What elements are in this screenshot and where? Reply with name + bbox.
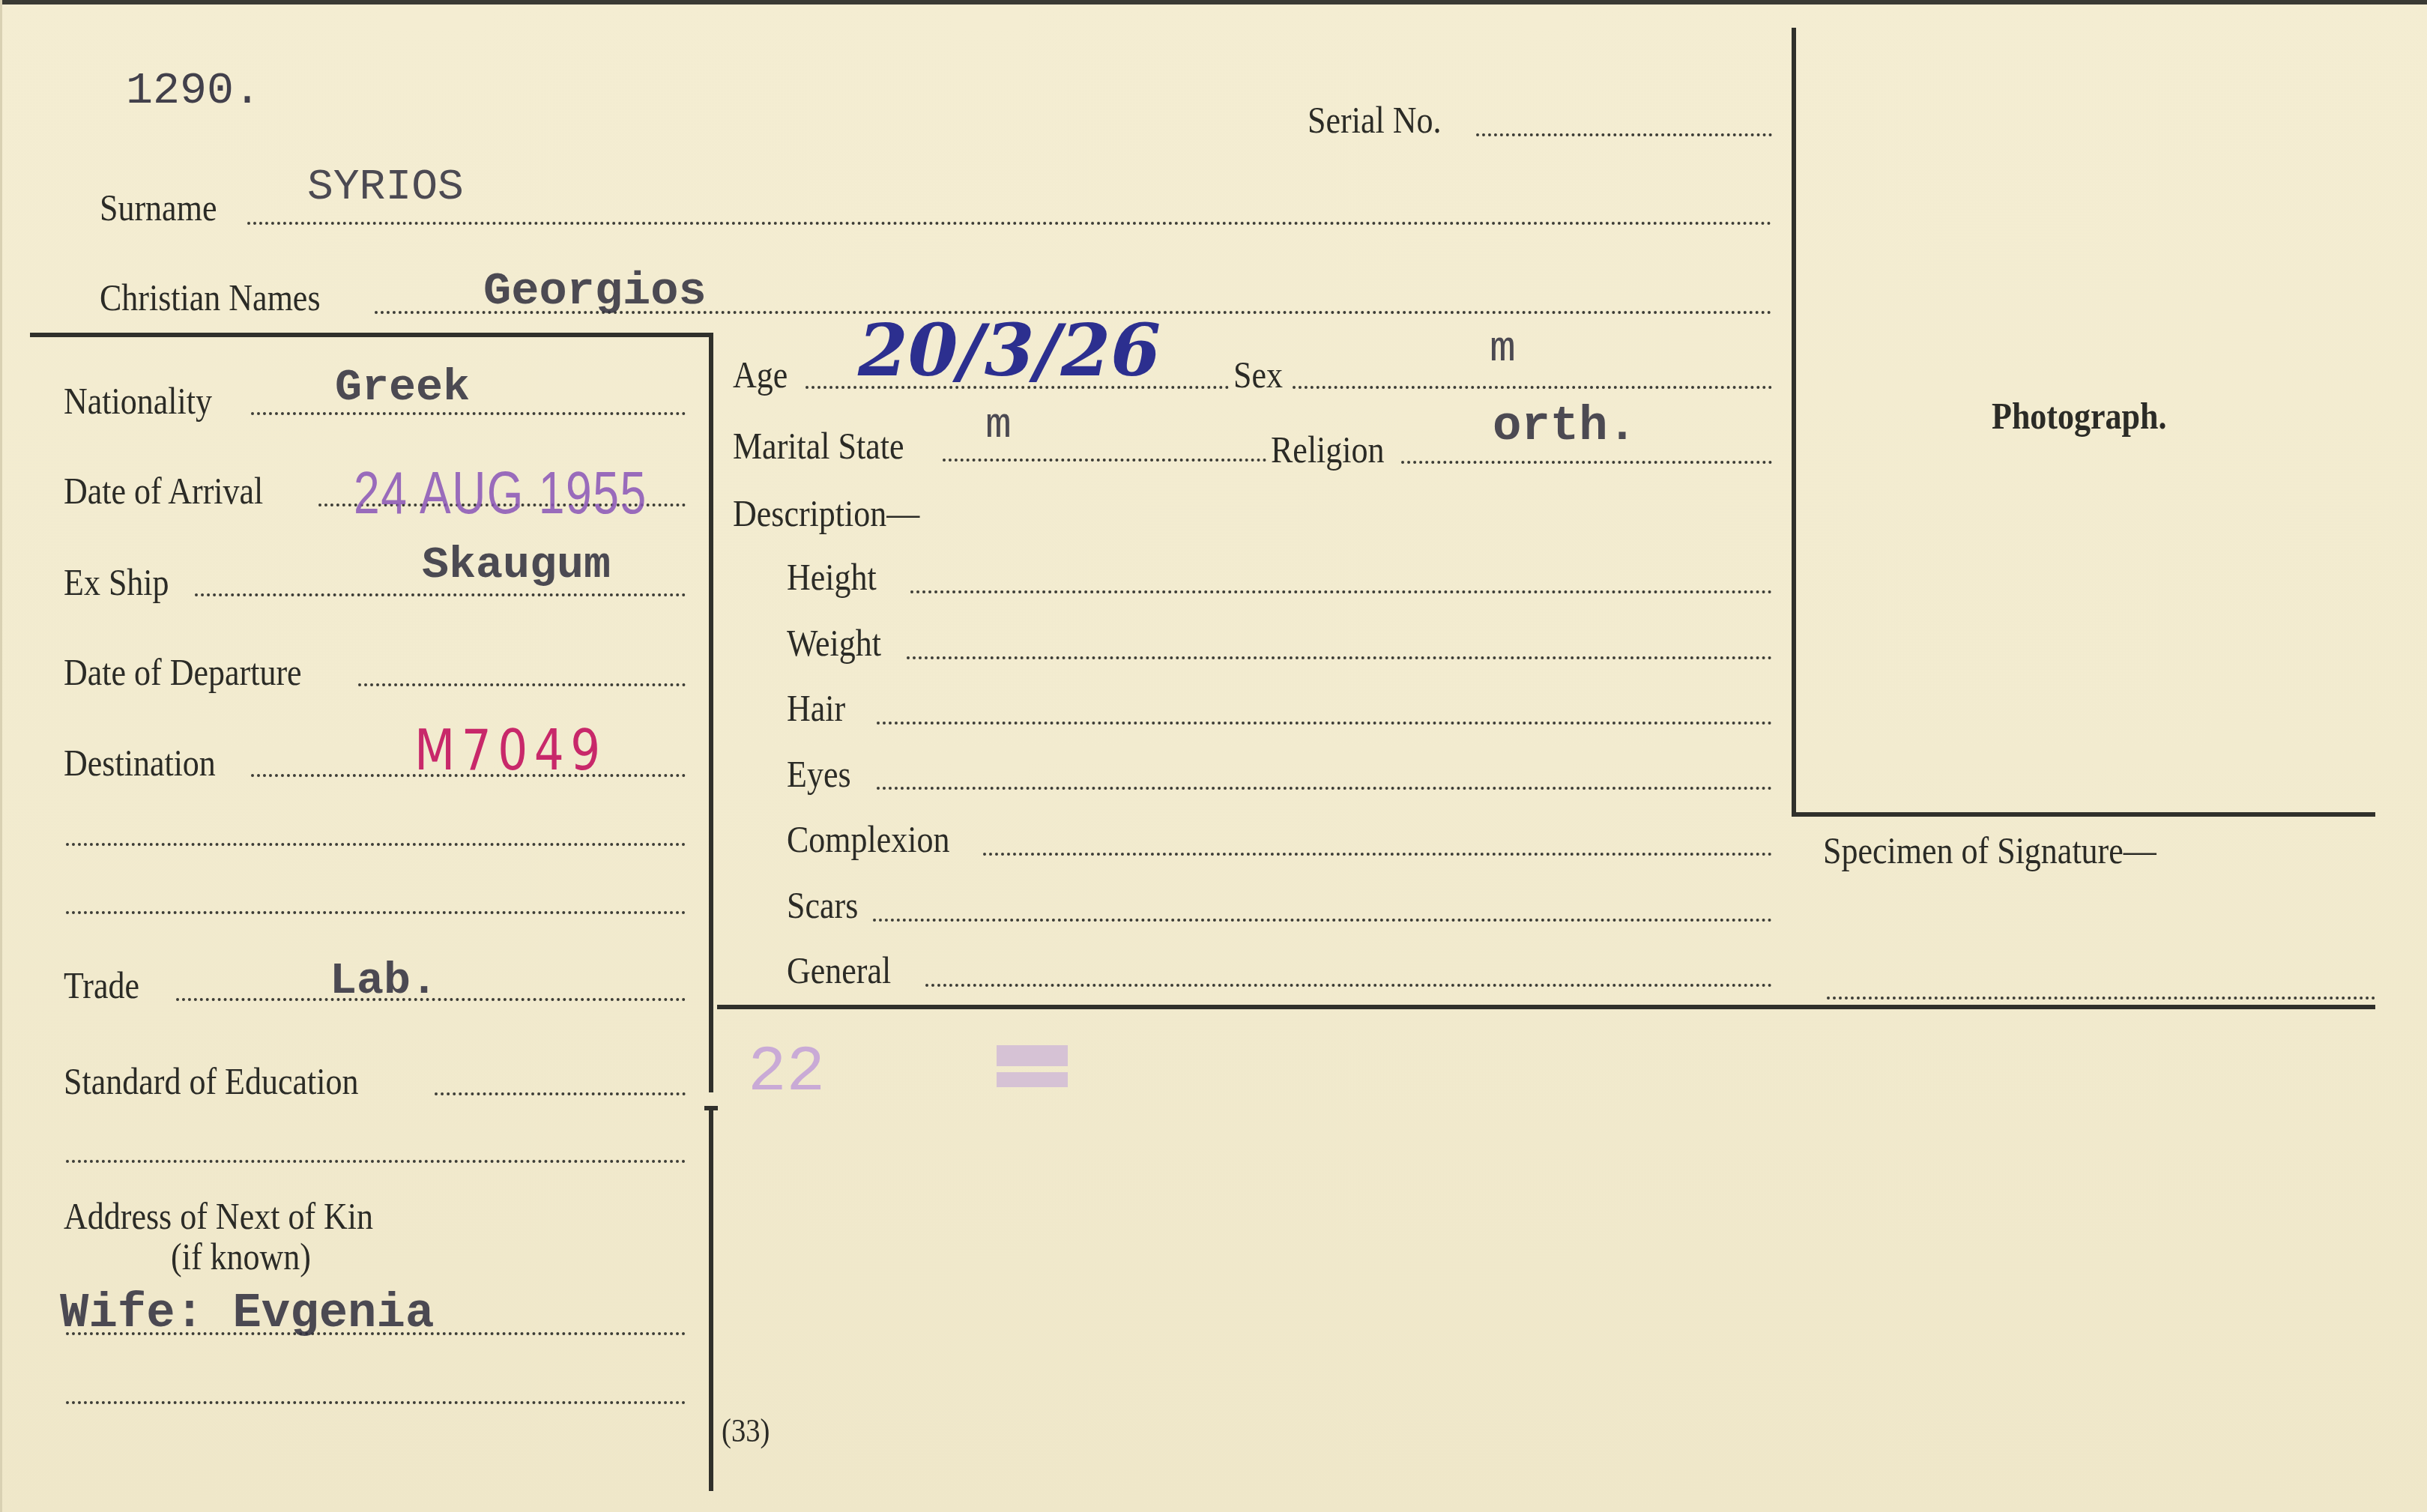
- trade-label: Trade: [64, 967, 139, 1004]
- card-left-edge: [0, 0, 2, 1512]
- destination-extra-line-2[interactable]: [66, 911, 686, 914]
- general-field[interactable]: [925, 984, 1772, 987]
- complexion-label: Complexion: [787, 820, 950, 858]
- surname-label: Surname: [100, 189, 217, 226]
- nationality-value: Greek: [335, 366, 470, 411]
- description-bottom-rule: [717, 1005, 2375, 1009]
- sex-field[interactable]: [1293, 386, 1772, 389]
- age-value: 20/3/26: [858, 315, 1161, 387]
- marital-state-label: Marital State: [733, 427, 904, 465]
- card-number: 1290.: [126, 69, 261, 114]
- left-box-right-rule-lower: [709, 1107, 713, 1491]
- date-of-arrival-stamp: 24 AUG 1955: [354, 463, 647, 523]
- surname-field[interactable]: [247, 222, 1772, 225]
- religion-label: Religion: [1271, 431, 1385, 468]
- signature-field[interactable]: [1827, 997, 2375, 1000]
- scars-label: Scars: [787, 886, 858, 924]
- marital-state-field[interactable]: [943, 459, 1266, 462]
- christian-names-label: Christian Names: [100, 279, 321, 316]
- left-box-right-rule-upper: [709, 333, 713, 1092]
- serial-no-field[interactable]: [1476, 133, 1772, 136]
- destination-value: M7049: [414, 723, 607, 778]
- hair-label: Hair: [787, 689, 845, 727]
- weight-label: Weight: [787, 624, 881, 662]
- date-of-departure-field[interactable]: [358, 683, 686, 686]
- ex-ship-label: Ex Ship: [64, 563, 169, 601]
- next-of-kin-label: Address of Next of Kin: [64, 1197, 373, 1235]
- standard-of-education-extra-line[interactable]: [66, 1160, 686, 1163]
- photograph-area: [1798, 30, 2375, 809]
- complexion-field[interactable]: [983, 853, 1772, 856]
- height-field[interactable]: [910, 590, 1772, 593]
- card-top-edge: [0, 0, 2427, 4]
- stamp-number: 22: [748, 1040, 825, 1104]
- weight-field[interactable]: [907, 656, 1772, 659]
- ex-ship-value: Skaugum: [422, 543, 611, 588]
- description-label: Description—: [733, 495, 919, 532]
- left-box-top-rule: [30, 333, 713, 337]
- height-label: Height: [787, 558, 877, 596]
- next-of-kin-value: Wife: Evgenia: [60, 1290, 434, 1338]
- marital-state-value: m: [985, 405, 1012, 448]
- form-number: (33): [722, 1415, 770, 1448]
- date-of-arrival-label: Date of Arrival: [64, 472, 263, 509]
- hair-field[interactable]: [877, 722, 1772, 725]
- faded-stamp-mark: [997, 1045, 1068, 1090]
- standard-of-education-label: Standard of Education: [64, 1062, 358, 1100]
- sex-label: Sex: [1233, 356, 1283, 393]
- next-of-kin-sublabel: (if known): [171, 1238, 311, 1275]
- eyes-label: Eyes: [787, 755, 851, 793]
- religion-field[interactable]: [1401, 461, 1772, 464]
- next-of-kin-extra-line[interactable]: [66, 1401, 686, 1404]
- photo-box-left-rule: [1792, 28, 1796, 816]
- age-label: Age: [733, 356, 788, 393]
- alien-registration-card: 1290. Serial No. Surname SYRIOS Christia…: [0, 0, 2427, 1512]
- signature-label: Specimen of Signature—: [1823, 832, 2157, 869]
- photo-box-bottom-rule: [1792, 812, 2375, 817]
- destination-label: Destination: [64, 744, 216, 781]
- serial-no-label: Serial No.: [1308, 101, 1441, 139]
- christian-names-value: Georgios: [483, 268, 707, 315]
- sex-value: m: [1490, 328, 1516, 372]
- nationality-label: Nationality: [64, 382, 212, 420]
- standard-of-education-field[interactable]: [435, 1092, 686, 1095]
- trade-value: Lab.: [330, 959, 438, 1004]
- left-box-rule-cap: [704, 1106, 718, 1110]
- date-of-departure-label: Date of Departure: [64, 653, 302, 691]
- destination-extra-line-1[interactable]: [66, 843, 686, 846]
- scars-field[interactable]: [873, 919, 1772, 922]
- ex-ship-field[interactable]: [195, 593, 686, 596]
- eyes-field[interactable]: [877, 787, 1772, 790]
- surname-value: SYRIOS: [307, 166, 464, 210]
- religion-value: orth.: [1493, 403, 1636, 451]
- general-label: General: [787, 952, 891, 989]
